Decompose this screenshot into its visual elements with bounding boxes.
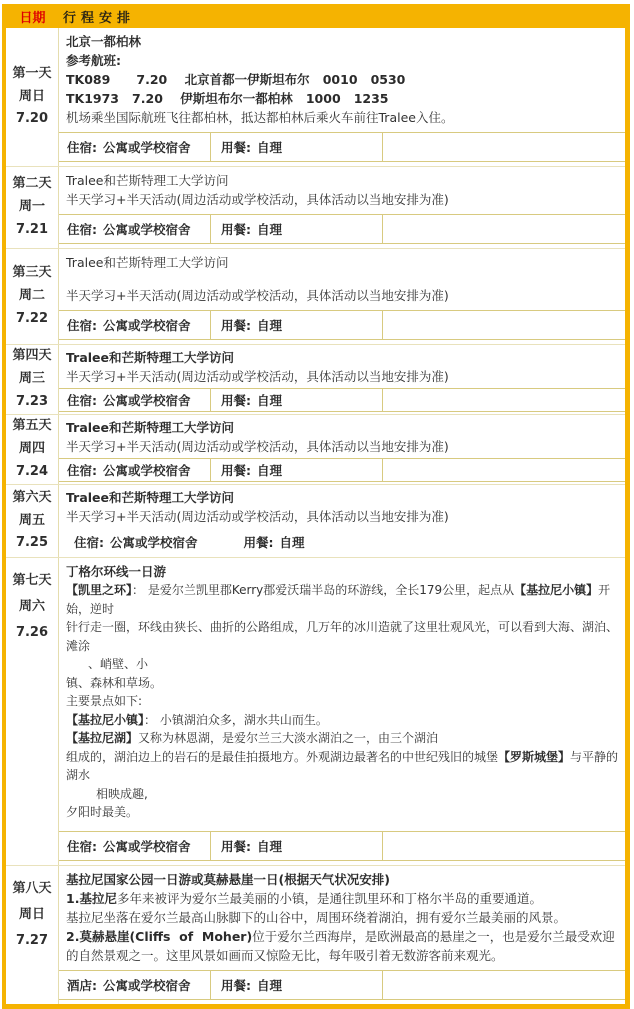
lodging-row: 住宿:公寓或学校宿舍 用餐:自理 (59, 310, 625, 340)
itinerary-text-line: 镇、森林和草场。 (66, 674, 625, 693)
weekday-label: 周日 (19, 86, 45, 109)
table-row: 第一天 周日 7.20 北京一都柏林 参考航班: TK089 7.20 北京首都… (6, 28, 625, 167)
stay-cell: 住宿:公寓或学校宿舍 (59, 459, 211, 481)
empty-cell (383, 459, 625, 481)
flight-line: TK1973 7.20 伊斯坦布尔一都柏林 1000 1235 (66, 89, 625, 108)
date-cell: 第二天 周一 7.21 (6, 167, 59, 248)
day-label: 第二天 (12, 173, 51, 196)
lodging-row: 住宿:公寓或学校宿舍 用餐:自理 (59, 132, 625, 162)
meal-cell: 用餐:自理 (211, 832, 383, 860)
flight-line: TK089 7.20 北京首都一伊斯坦布尔 0010 0530 (66, 70, 625, 89)
weekday-label: 周六 (19, 594, 45, 620)
itinerary-text-line: Tralee和芒斯特理工大学访问 (66, 171, 625, 190)
day-label: 第一天 (12, 63, 51, 86)
day-label: 第六天 (12, 487, 51, 510)
empty-cell (383, 389, 625, 411)
date-cell: 第七天 周六 7.26 (6, 558, 59, 859)
itinerary-text-line: Tralee和芒斯特理工大学访问 (66, 418, 625, 437)
itinerary-cell: 丁格尔环线一日游 【凯里之环】： 是爱尔兰凯里郡Kerry郡爱沃瑞半岛的环游线，… (59, 558, 625, 859)
stay-cell: 住宿:公寓或学校宿舍 (59, 311, 211, 339)
date-cell: 第五天 周四 7.24 (6, 415, 59, 484)
stay-cell: 住宿:公寓或学校宿舍 (59, 215, 211, 243)
day-title: 丁格尔环线一日游 (66, 562, 625, 581)
empty-cell (383, 832, 625, 860)
day-label: 第七天 (12, 568, 51, 594)
meal-cell: 用餐:自理 (211, 311, 383, 339)
stay-cell: 住宿:公寓或学校宿舍 (59, 832, 211, 860)
flight-ref-label: 参考航班: (66, 51, 625, 70)
date-cell: 第六天 周五 7.25 (6, 485, 59, 557)
itinerary-cell: Tralee和芒斯特理工大学访问 半天学习+半天活动(周边活动或学校活动，具体活… (59, 485, 625, 557)
table-row: 第三天 周二 7.22 Tralee和芒斯特理工大学访问 半天学习+半天活动(周… (6, 249, 625, 345)
itinerary-text-line: Tralee和芒斯特理工大学访问 (66, 348, 625, 367)
itinerary-text-line: 【基拉尼湖】又称为林恩湖，是爱尔兰三大淡水湖泊之一，由三个湖泊 (66, 729, 625, 748)
meal-cell: 用餐:自理 (211, 389, 383, 411)
itinerary-text-line: 【凯里之环】： 是爱尔兰凯里郡Kerry郡爱沃瑞半岛的环游线，全长179公里，起… (66, 581, 625, 618)
lodging-row: 住宿:公寓或学校宿舍 用餐:自理 (59, 388, 625, 412)
lodging-row: 住宿:公寓或学校宿舍 用餐:自理 (59, 831, 625, 860)
date-cell: 第一天 周日 7.20 (6, 28, 59, 166)
weekday-label: 周一 (19, 196, 45, 219)
itinerary-cell: Tralee和芒斯特理工大学访问 半天学习+半天活动(周边活动或学校活动，具体活… (59, 249, 625, 344)
day-label: 第五天 (12, 415, 51, 438)
lodging-row: 住宿:公寓或学校宿舍用餐:自理 (66, 533, 625, 551)
itinerary-cell: 北京一都柏林 参考航班: TK089 7.20 北京首都一伊斯坦布尔 0010 … (59, 28, 625, 166)
meal-label: 用餐: (244, 535, 274, 550)
weekday-label: 周三 (19, 368, 45, 391)
date-label: 7.25 (16, 532, 48, 555)
table-row: 第五天 周四 7.24 Tralee和芒斯特理工大学访问 半天学习+半天活动(周… (6, 415, 625, 485)
meal-cell: 用餐:自理 (211, 459, 383, 481)
itinerary-text-line: 机场乘坐国际航班飞往都柏林，抵达都柏林后乘火车前往Tralee入住。 (66, 108, 625, 127)
itinerary-cell: Tralee和芒斯特理工大学访问 半天学习+半天活动(周边活动或学校活动，具体活… (59, 345, 625, 414)
date-cell: 第四天 周三 7.23 (6, 345, 59, 414)
date-label: 7.23 (16, 391, 48, 414)
weekday-label: 周四 (19, 438, 45, 461)
empty-cell (383, 215, 625, 243)
itinerary-text-line: 【基拉尼小镇】： 小镇湖泊众多，湖水共山而生。 (66, 711, 625, 730)
lodging-row: 住宿:公寓或学校宿舍 用餐:自理 (59, 214, 625, 244)
empty-cell (383, 133, 625, 161)
date-label: 7.26 (16, 620, 48, 646)
stay-cell: 住宿:公寓或学校宿舍 (59, 133, 211, 161)
itinerary-text-line: 半天学习+半天活动(周边活动或学校活动，具体活动以当地安排为准) (66, 190, 625, 209)
stay-cell: 住宿:公寓或学校宿舍 (59, 389, 211, 411)
date-label: 7.20 (16, 108, 48, 131)
empty-cell (383, 311, 625, 339)
date-label: 7.24 (16, 461, 48, 484)
table-header: 日期 行程安排 (6, 4, 625, 28)
itinerary-text-line: 组成的，湖泊边上的岩石的是最佳拍摄地方。外观湖边最著名的中世纪残旧的城堡【罗斯城… (66, 748, 625, 785)
itinerary-text-line: 夕阳时最美。 (66, 803, 625, 822)
date-label: 7.22 (16, 308, 48, 331)
stay-value: 公寓或学校宿舍 (110, 535, 198, 550)
table-row: 第二天 周一 7.21 Tralee和芒斯特理工大学访问 半天学习+半天活动(周… (6, 167, 625, 249)
itinerary-text-line: Tralee和芒斯特理工大学访问 (66, 253, 625, 272)
itinerary-text-line: 、峭壁、小 (66, 655, 625, 674)
stay-label: 住宿: (74, 535, 104, 550)
lodging-row: 住宿:公寓或学校宿舍 用餐:自理 (59, 458, 625, 482)
weekday-label: 周二 (19, 285, 45, 308)
meal-cell: 用餐:自理 (211, 133, 383, 161)
route-title: 北京一都柏林 (66, 32, 625, 51)
itinerary-text-line: 半天学习+半天活动(周边活动或学校活动，具体活动以当地安排为准) (66, 367, 625, 386)
table-row: 第七天 周六 7.26 丁格尔环线一日游 【凯里之环】： 是爱尔兰凯里郡Kerr… (6, 558, 625, 859)
header-date-column: 日期 (6, 7, 59, 26)
itinerary-text-line: 主要景点如下: (66, 692, 625, 711)
meal-value: 自理 (280, 535, 305, 550)
header-itinerary-column: 行程安排 (59, 7, 135, 26)
weekday-label: 周五 (19, 510, 45, 533)
spacer (66, 272, 625, 286)
day-label: 第三天 (12, 262, 51, 285)
date-cell: 第三天 周二 7.22 (6, 249, 59, 344)
spacer (66, 822, 625, 826)
meal-cell: 用餐:自理 (211, 215, 383, 243)
table-row: 第四天 周三 7.23 Tralee和芒斯特理工大学访问 半天学习+半天活动(周… (6, 345, 625, 415)
itinerary-table: 日期 行程安排 第一天 周日 7.20 北京一都柏林 参考航班: TK089 7… (2, 4, 630, 859)
itinerary-text-line: 半天学习+半天活动(周边活动或学校活动，具体活动以当地安排为准) (66, 286, 625, 305)
itinerary-text-line: Tralee和芒斯特理工大学访问 (66, 488, 625, 507)
itinerary-cell: Tralee和芒斯特理工大学访问 半天学习+半天活动(周边活动或学校活动，具体活… (59, 415, 625, 484)
itinerary-text-line: 相映成趣, (66, 785, 625, 804)
itinerary-text-line: 半天学习+半天活动(周边活动或学校活动，具体活动以当地安排为准) (66, 507, 625, 526)
itinerary-cell: Tralee和芒斯特理工大学访问 半天学习+半天活动(周边活动或学校活动，具体活… (59, 167, 625, 248)
date-label: 7.21 (16, 219, 48, 242)
itinerary-text-line: 半天学习+半天活动(周边活动或学校活动，具体活动以当地安排为准) (66, 437, 625, 456)
table-row: 第六天 周五 7.25 Tralee和芒斯特理工大学访问 半天学习+半天活动(周… (6, 485, 625, 558)
itinerary-text-line: 针行走一圈，环线由狭长、曲折的公路组成，几万年的冰川造就了这里壮观风光，可以看到… (66, 618, 625, 655)
day-label: 第四天 (12, 345, 51, 368)
